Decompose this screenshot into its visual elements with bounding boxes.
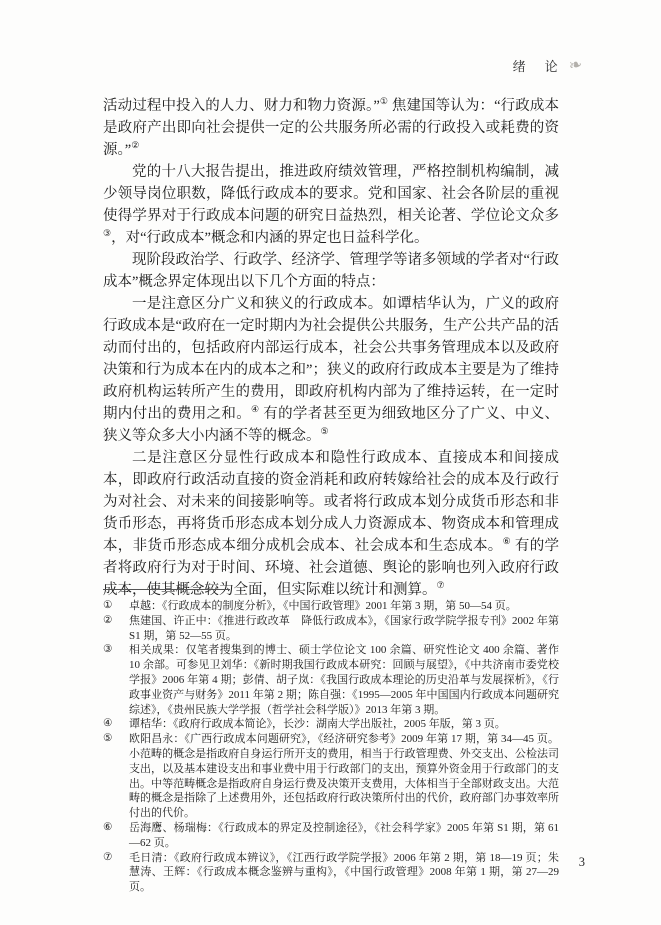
footnote-reference-superscript: ② [131,140,139,150]
footnote-marker: ⑦ [103,851,129,895]
footnote-marker: ② [103,614,129,644]
footnote-reference-superscript: ⑥ [503,536,511,546]
footnote-item: ⑦ 毛日清：《政府行政成本辨议》，《江西行政学院学报》2006 年第 2 期，第… [103,851,559,895]
footnote-text: 岳海鹰、杨瑞梅：《行政成本的界定及控制途径》，《社会科学家》2005 年第 S1… [129,821,559,851]
text-run: 一是注意区分广义和狭义的行政成本。如谭桔华认为，广义的政府行政成本是“政府在一定… [103,296,559,422]
running-head: 绪 论 ❧ [513,56,583,75]
section-title-char: 论 [545,56,559,75]
footnote-item: ③ 相关成果：仅笔者搜集到的博士、硕士学位论文 100 余篇、研究性论文 400… [103,643,559,717]
footnote-marker: ④ [103,717,129,732]
paragraph: 党的十八大报告提出，推进政府绩效管理，严格控制机构编制，减少领导岗位职数，降低行… [103,161,559,249]
footnotes-block: ① 卓越：《行政成本的制度分析》，《中国行政管理》2001 年第 3 期，第 5… [103,589,559,895]
footnote-text: 谭桔华：《政府行政成本简论》，长沙：湖南大学出版社，2005 年版，第 3 页。 [129,717,559,732]
footnote-item: ④ 谭桔华：《政府行政成本简论》，长沙：湖南大学出版社，2005 年版，第 3 … [103,717,559,732]
page-number: 3 [579,855,585,870]
footnote-item: ⑤ 欧阳昌永：《广西行政成本问题研究》，《经济研究参考》2009 年第 17 期… [103,732,559,821]
paragraph-continuation: 活动过程中投入的人力、财力和物力资源。”① 焦建国等认为：“行政成本是政府产出即… [103,95,559,161]
footnote-reference-superscript: ① [380,96,388,106]
section-title-char: 绪 [513,56,527,75]
text-run: 现阶段政治学、行政学、经济学、管理学等诸多领域的学者对“行政成本”概念界定体现出… [103,252,559,290]
footnote-text: 卓越：《行政成本的制度分析》，《中国行政管理》2001 年第 3 期，第 50—… [129,599,559,614]
footnote-marker: ① [103,599,129,614]
text-run: 党的十八大报告提出，推进政府绩效管理，严格控制机构编制，减少领导岗位职数，降低行… [103,164,559,224]
floral-ornament-icon: ❧ [567,56,584,74]
footnote-reference-superscript: ⑤ [321,426,329,436]
footnote-item: ⑥ 岳海鹰、杨瑞梅：《行政成本的界定及控制途径》，《社会科学家》2005 年第 … [103,821,559,851]
footnote-item: ② 焦建国、许正中：《推进行政改革 降低行政成本》，《国家行政学院学报专刊》20… [103,614,559,644]
paragraph: 一是注意区分广义和狭义的行政成本。如谭桔华认为，广义的政府行政成本是“政府在一定… [103,293,559,447]
paragraph: 现阶段政治学、行政学、经济学、管理学等诸多领域的学者对“行政成本”概念界定体现出… [103,249,559,293]
footnote-separator-rule [103,589,230,590]
footnote-marker: ⑤ [103,732,129,821]
paragraph: 二是注意区分显性行政成本和隐性行政成本、直接成本和间接成本，即政府行政活动直接的… [103,447,559,601]
text-run: 二是注意区分显性行政成本和隐性行政成本、直接成本和间接成本，即政府行政活动直接的… [103,450,559,554]
footnote-text: 欧阳昌永：《广西行政成本问题研究》，《经济研究参考》2009 年第 17 期，第… [129,732,559,821]
footnote-text: 毛日清：《政府行政成本辨议》，《江西行政学院学报》2006 年第 2 期，第 1… [129,851,559,895]
text-run: ，对“行政成本”概念和内涵的界定也日益科学化。 [111,230,428,246]
book-page: 绪 论 ❧ 活动过程中投入的人力、财力和物力资源。”① 焦建国等认为：“行政成本… [0,0,661,925]
footnote-text: 相关成果：仅笔者搜集到的博士、硕士学位论文 100 余篇、研究性论文 400 余… [129,643,559,717]
footnote-reference-superscript: ③ [103,228,111,238]
footnote-marker: ③ [103,643,129,717]
text-run: 活动过程中投入的人力、财力和物力资源。” [103,98,380,114]
footnote-marker: ⑥ [103,821,129,851]
footnote-item: ① 卓越：《行政成本的制度分析》，《中国行政管理》2001 年第 3 期，第 5… [103,599,559,614]
main-text-block: 活动过程中投入的人力、财力和物力资源。”① 焦建国等认为：“行政成本是政府产出即… [103,95,559,601]
footnote-text: 焦建国、许正中：《推进行政改革 降低行政成本》，《国家行政学院学报专刊》2002… [129,614,559,644]
